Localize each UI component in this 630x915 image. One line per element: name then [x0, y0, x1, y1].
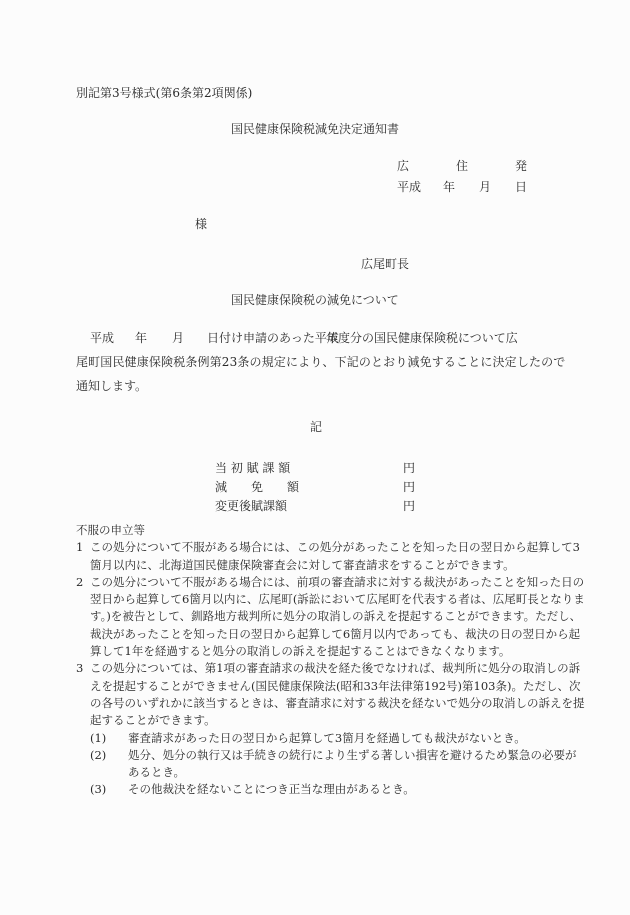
appeal-item: 2 この処分について不服がある場合には、前項の審査請求に対する裁決があったことを…: [76, 574, 586, 660]
ki-label: 記: [310, 420, 322, 434]
appeal-item: 1 この処分について不服がある場合には、この処分があったことを知った日の翌日から…: [76, 539, 586, 574]
appeal-item: 3 この処分については、第1項の審査請求の裁決を経た後でなければ、裁判所に処分の…: [76, 660, 586, 729]
form-number: 別記第3号様式(第6条第2項関係): [76, 86, 252, 100]
subject: 国民健康保険税の減免について: [231, 293, 399, 307]
amount-row: 減 免 額 円: [215, 478, 415, 492]
appeal-heading: 不服の申立等: [76, 522, 586, 539]
amount-row: 変更後賦課額 円: [215, 497, 415, 511]
addressee-suffix: 様: [195, 217, 207, 231]
issuer: 広尾町長: [361, 257, 409, 271]
document-title: 国民健康保険税減免決定通知書: [231, 122, 399, 136]
appeal-sub-item: (2) 処分、処分の執行又は手続きの続行により生ずる著しい損害を避けるため緊急の…: [76, 747, 586, 782]
appeal-section: 不服の申立等 1 この処分について不服がある場合には、この処分があったことを知っ…: [76, 522, 586, 799]
appeal-sub-item: (1) 審査請求があった日の翌日から起算して3箇月を経過しても裁決がないとき。: [76, 730, 586, 747]
amount-row: 当 初 賦 課 額 円: [215, 459, 415, 473]
appeal-sub-item: (3) その他裁決を経ないことにつき正当な理由があるとき。: [76, 781, 586, 798]
